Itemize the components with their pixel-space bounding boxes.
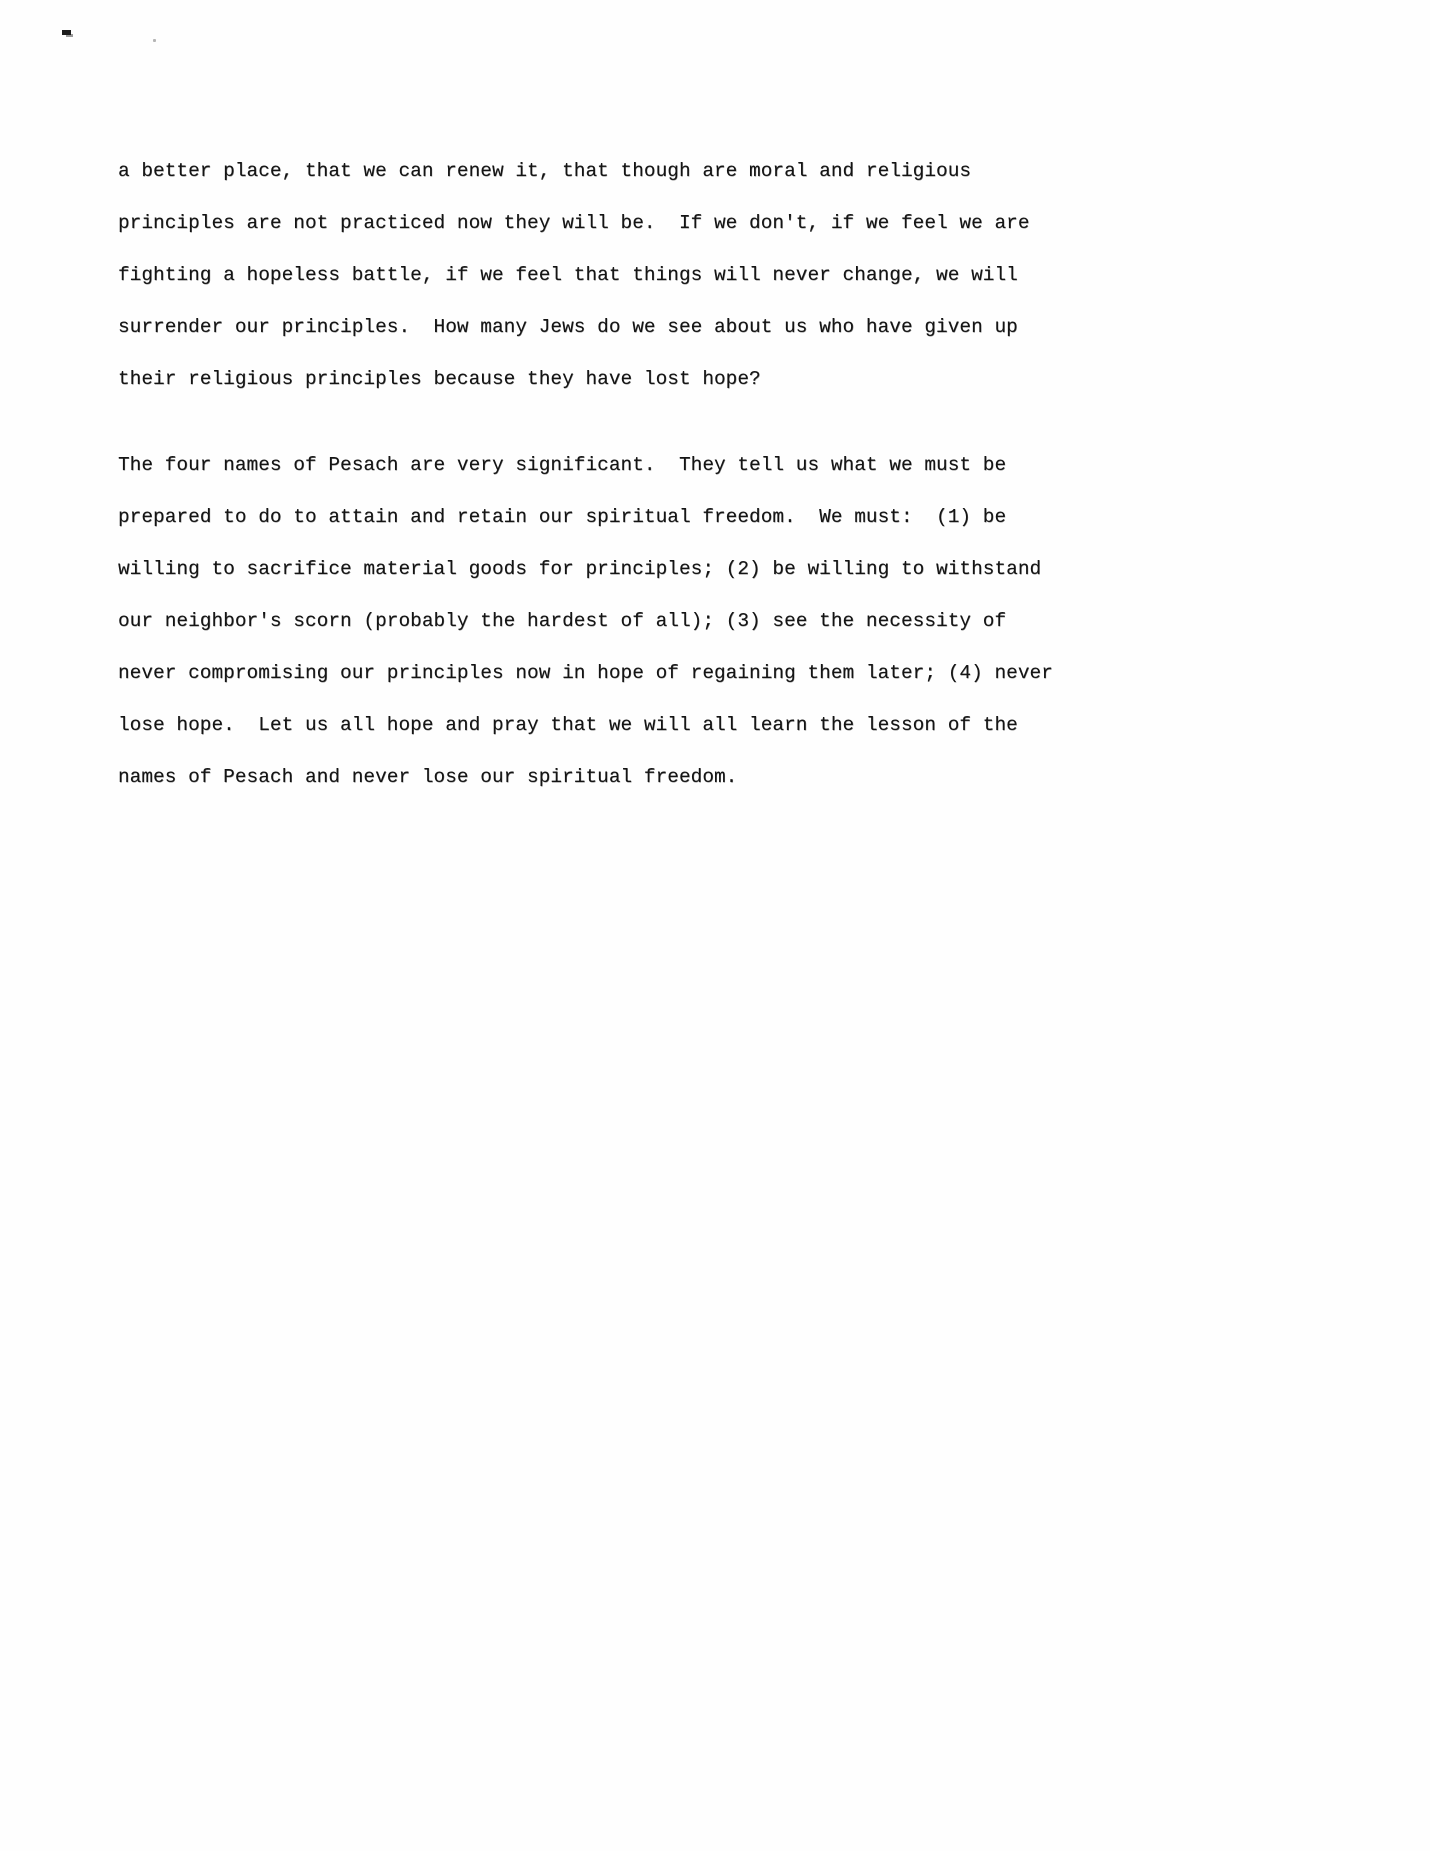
text-line: their religious principles because they … <box>118 353 1178 405</box>
text-line: names of Pesach and never lose our spiri… <box>118 751 1178 803</box>
body-text: a better place, that we can renew it, th… <box>118 145 1178 803</box>
ink-smudge-artifact <box>62 30 71 35</box>
paragraph-1: a better place, that we can renew it, th… <box>118 145 1178 405</box>
paragraph-2: The four names of Pesach are very signif… <box>118 439 1178 803</box>
text-line: never compromising our principles now in… <box>118 647 1178 699</box>
text-line: fighting a hopeless battle, if we feel t… <box>118 249 1178 301</box>
document-page: a better place, that we can renew it, th… <box>0 0 1430 1851</box>
text-line: a better place, that we can renew it, th… <box>118 145 1178 197</box>
text-line: lose hope. Let us all hope and pray that… <box>118 699 1178 751</box>
text-line: The four names of Pesach are very signif… <box>118 439 1178 491</box>
text-line: surrender our principles. How many Jews … <box>118 301 1178 353</box>
text-line: our neighbor's scorn (probably the harde… <box>118 595 1178 647</box>
text-line: willing to sacrifice material goods for … <box>118 543 1178 595</box>
ink-dot-artifact <box>153 39 156 42</box>
text-line: principles are not practiced now they wi… <box>118 197 1178 249</box>
text-line: prepared to do to attain and retain our … <box>118 491 1178 543</box>
